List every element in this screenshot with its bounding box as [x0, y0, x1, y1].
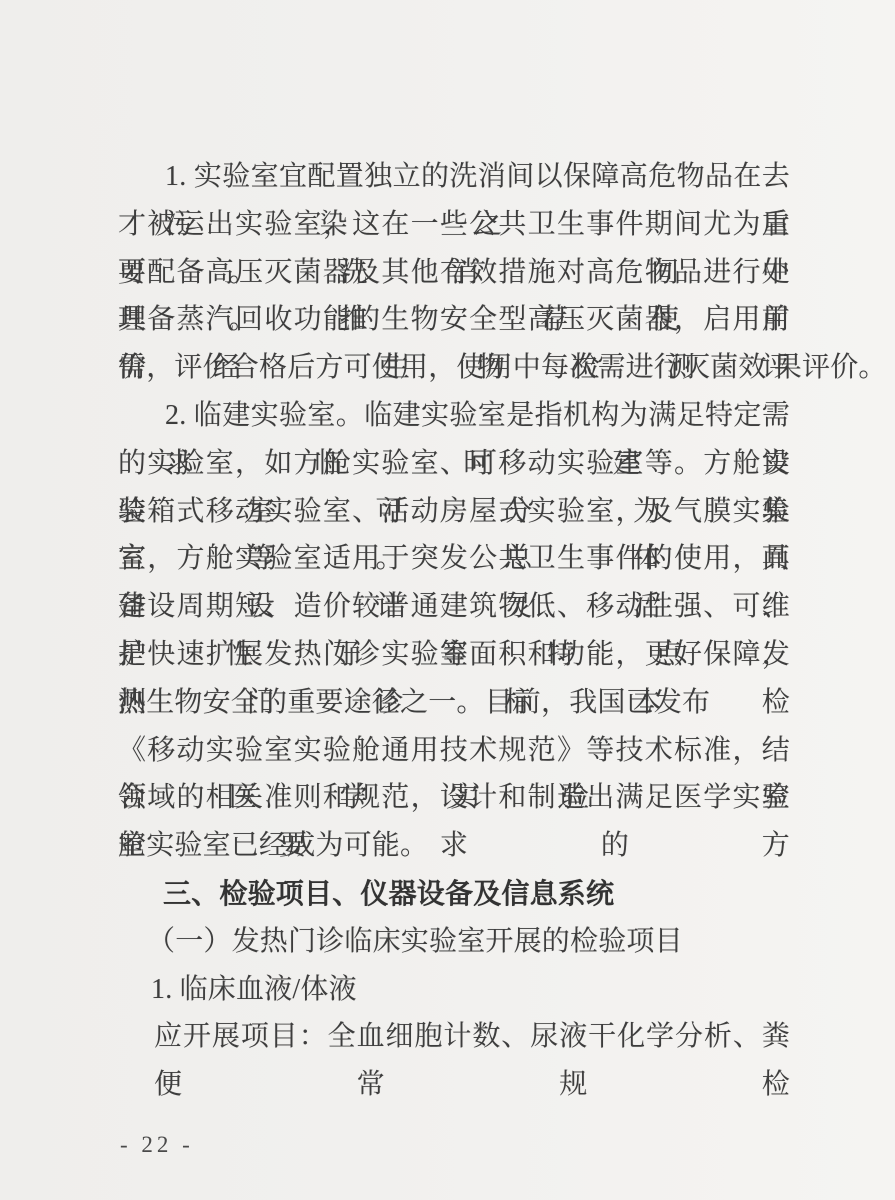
text-line: 1. 实验室宜配置独立的洗消间以保障高危物品在去污染之 后	[118, 153, 790, 201]
text-block: 1. 实验室宜配置独立的洗消间以保障高危物品在去污染之 后才被运出实验室，这在一…	[118, 153, 790, 1061]
text-line: 2. 临建实验室。临建实验室是指机构为满足特定需求临时建设	[118, 392, 790, 440]
text-line: 具备蒸汽回收功能的生物安全型高压灭菌器，启用前需经 生物检测评	[118, 296, 790, 344]
document-page: 1. 实验室宜配置独立的洗消间以保障高危物品在去污染之 后才被运出实验室，这在一…	[0, 0, 895, 1200]
text-line: 可配备高压灭菌器及其他有效措施对高危物品进行处理。推 荐使用	[118, 249, 790, 297]
text-line: 装箱式移动实验室、活动房屋式实验室，及气膜实验室等。总体而	[118, 488, 790, 536]
text-line: 才被运出实验室，这在一些公共卫生事件期间尤为重要。洗消 间中	[118, 201, 790, 249]
text-line: 应开展项目：全血细胞计数、尿液干化学分析、粪便常规检	[118, 1013, 790, 1061]
text-line: 言，方舱实验室适用于突发公共卫生事件的使用，具备设计灵活、	[118, 535, 790, 583]
text-line: 1. 临床血液/体液	[118, 966, 790, 1014]
section-heading: 三、检验项目、仪器设备及信息系统	[118, 870, 790, 918]
text-line: 的实验室，如方舱实验室、可移动实验室等。方舱实验室可分为集	[118, 440, 790, 488]
text-line: 是快速扩展发热门诊实验室面积和功能，更好保障发热门诊标本检	[118, 631, 790, 679]
text-line: （一）发热门诊临床实验室开展的检验项目	[118, 918, 790, 966]
text-line: 建设周期短、造价较普通建筑物低、移动性强、可维护性好等特点，	[118, 583, 790, 631]
text-line: 价，评价合格后方可使用，使用中每次需进行灭菌效 果评价。	[118, 344, 790, 392]
text-line: 《移动实验室实验舱通用技术规范》等技术标准，结合医学实验 室	[118, 727, 790, 775]
text-line: 领域的相关准则和规范，设计和制造出满足医学实验室要求的方	[118, 774, 790, 822]
text-line: 测生物安全的重要途径之一。目前，我国已发布	[118, 679, 790, 727]
page-number: - 22 -	[120, 1132, 194, 1158]
